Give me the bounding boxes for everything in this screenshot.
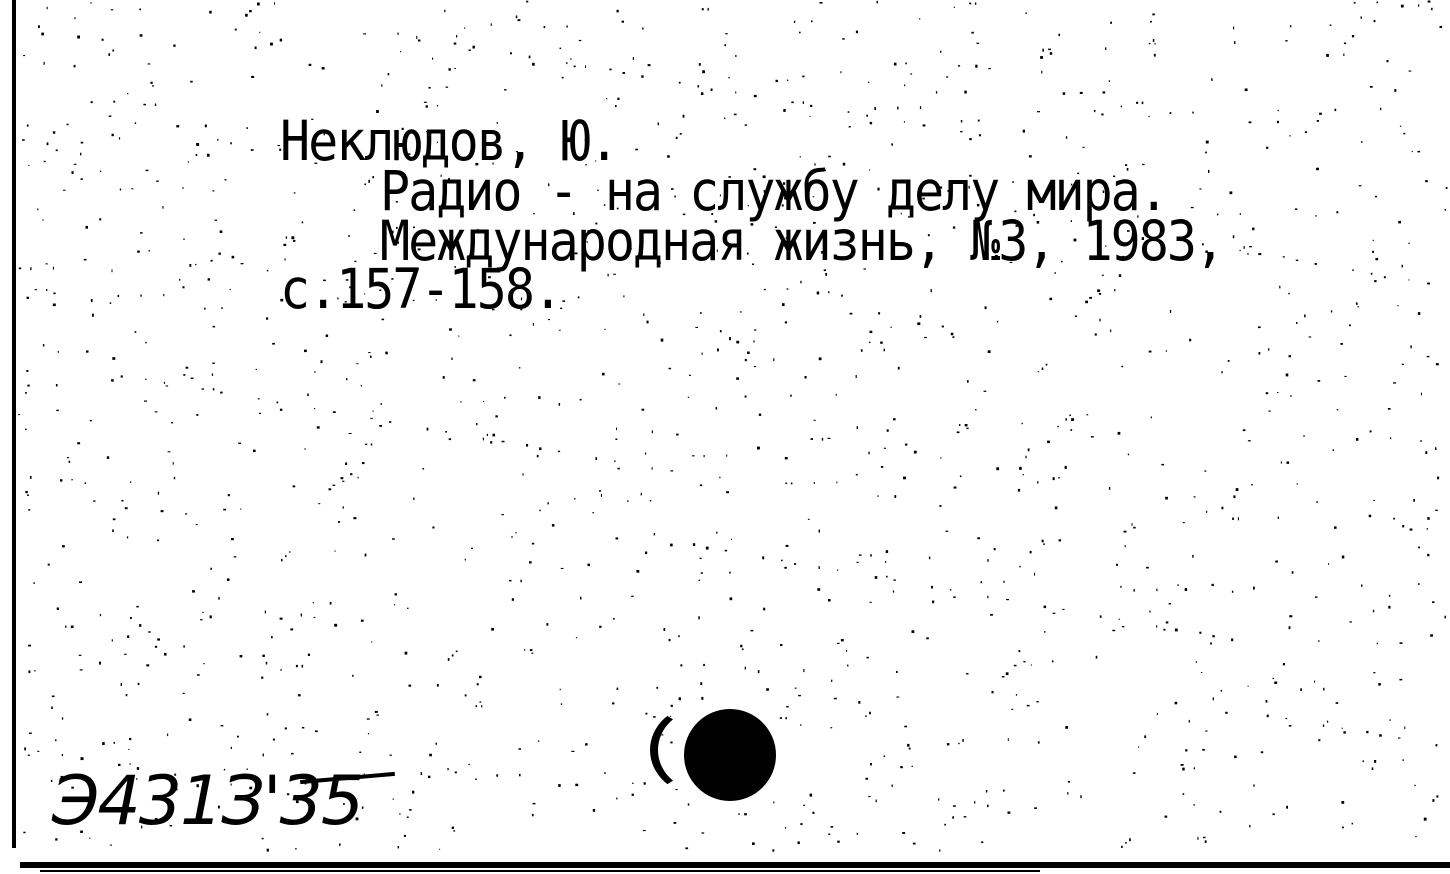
card-bottom-edge: [20, 862, 1450, 868]
punch-hole-icon: [684, 709, 776, 801]
pages-line: с.157-158.: [280, 262, 561, 317]
catalog-card: Неклюдов, Ю. Радио - на службу делу мира…: [0, 0, 1450, 874]
card-left-edge: [12, 0, 16, 848]
inventory-number: Э431З'35: [52, 762, 362, 841]
card-bottom-edge-shadow: [40, 870, 1040, 872]
